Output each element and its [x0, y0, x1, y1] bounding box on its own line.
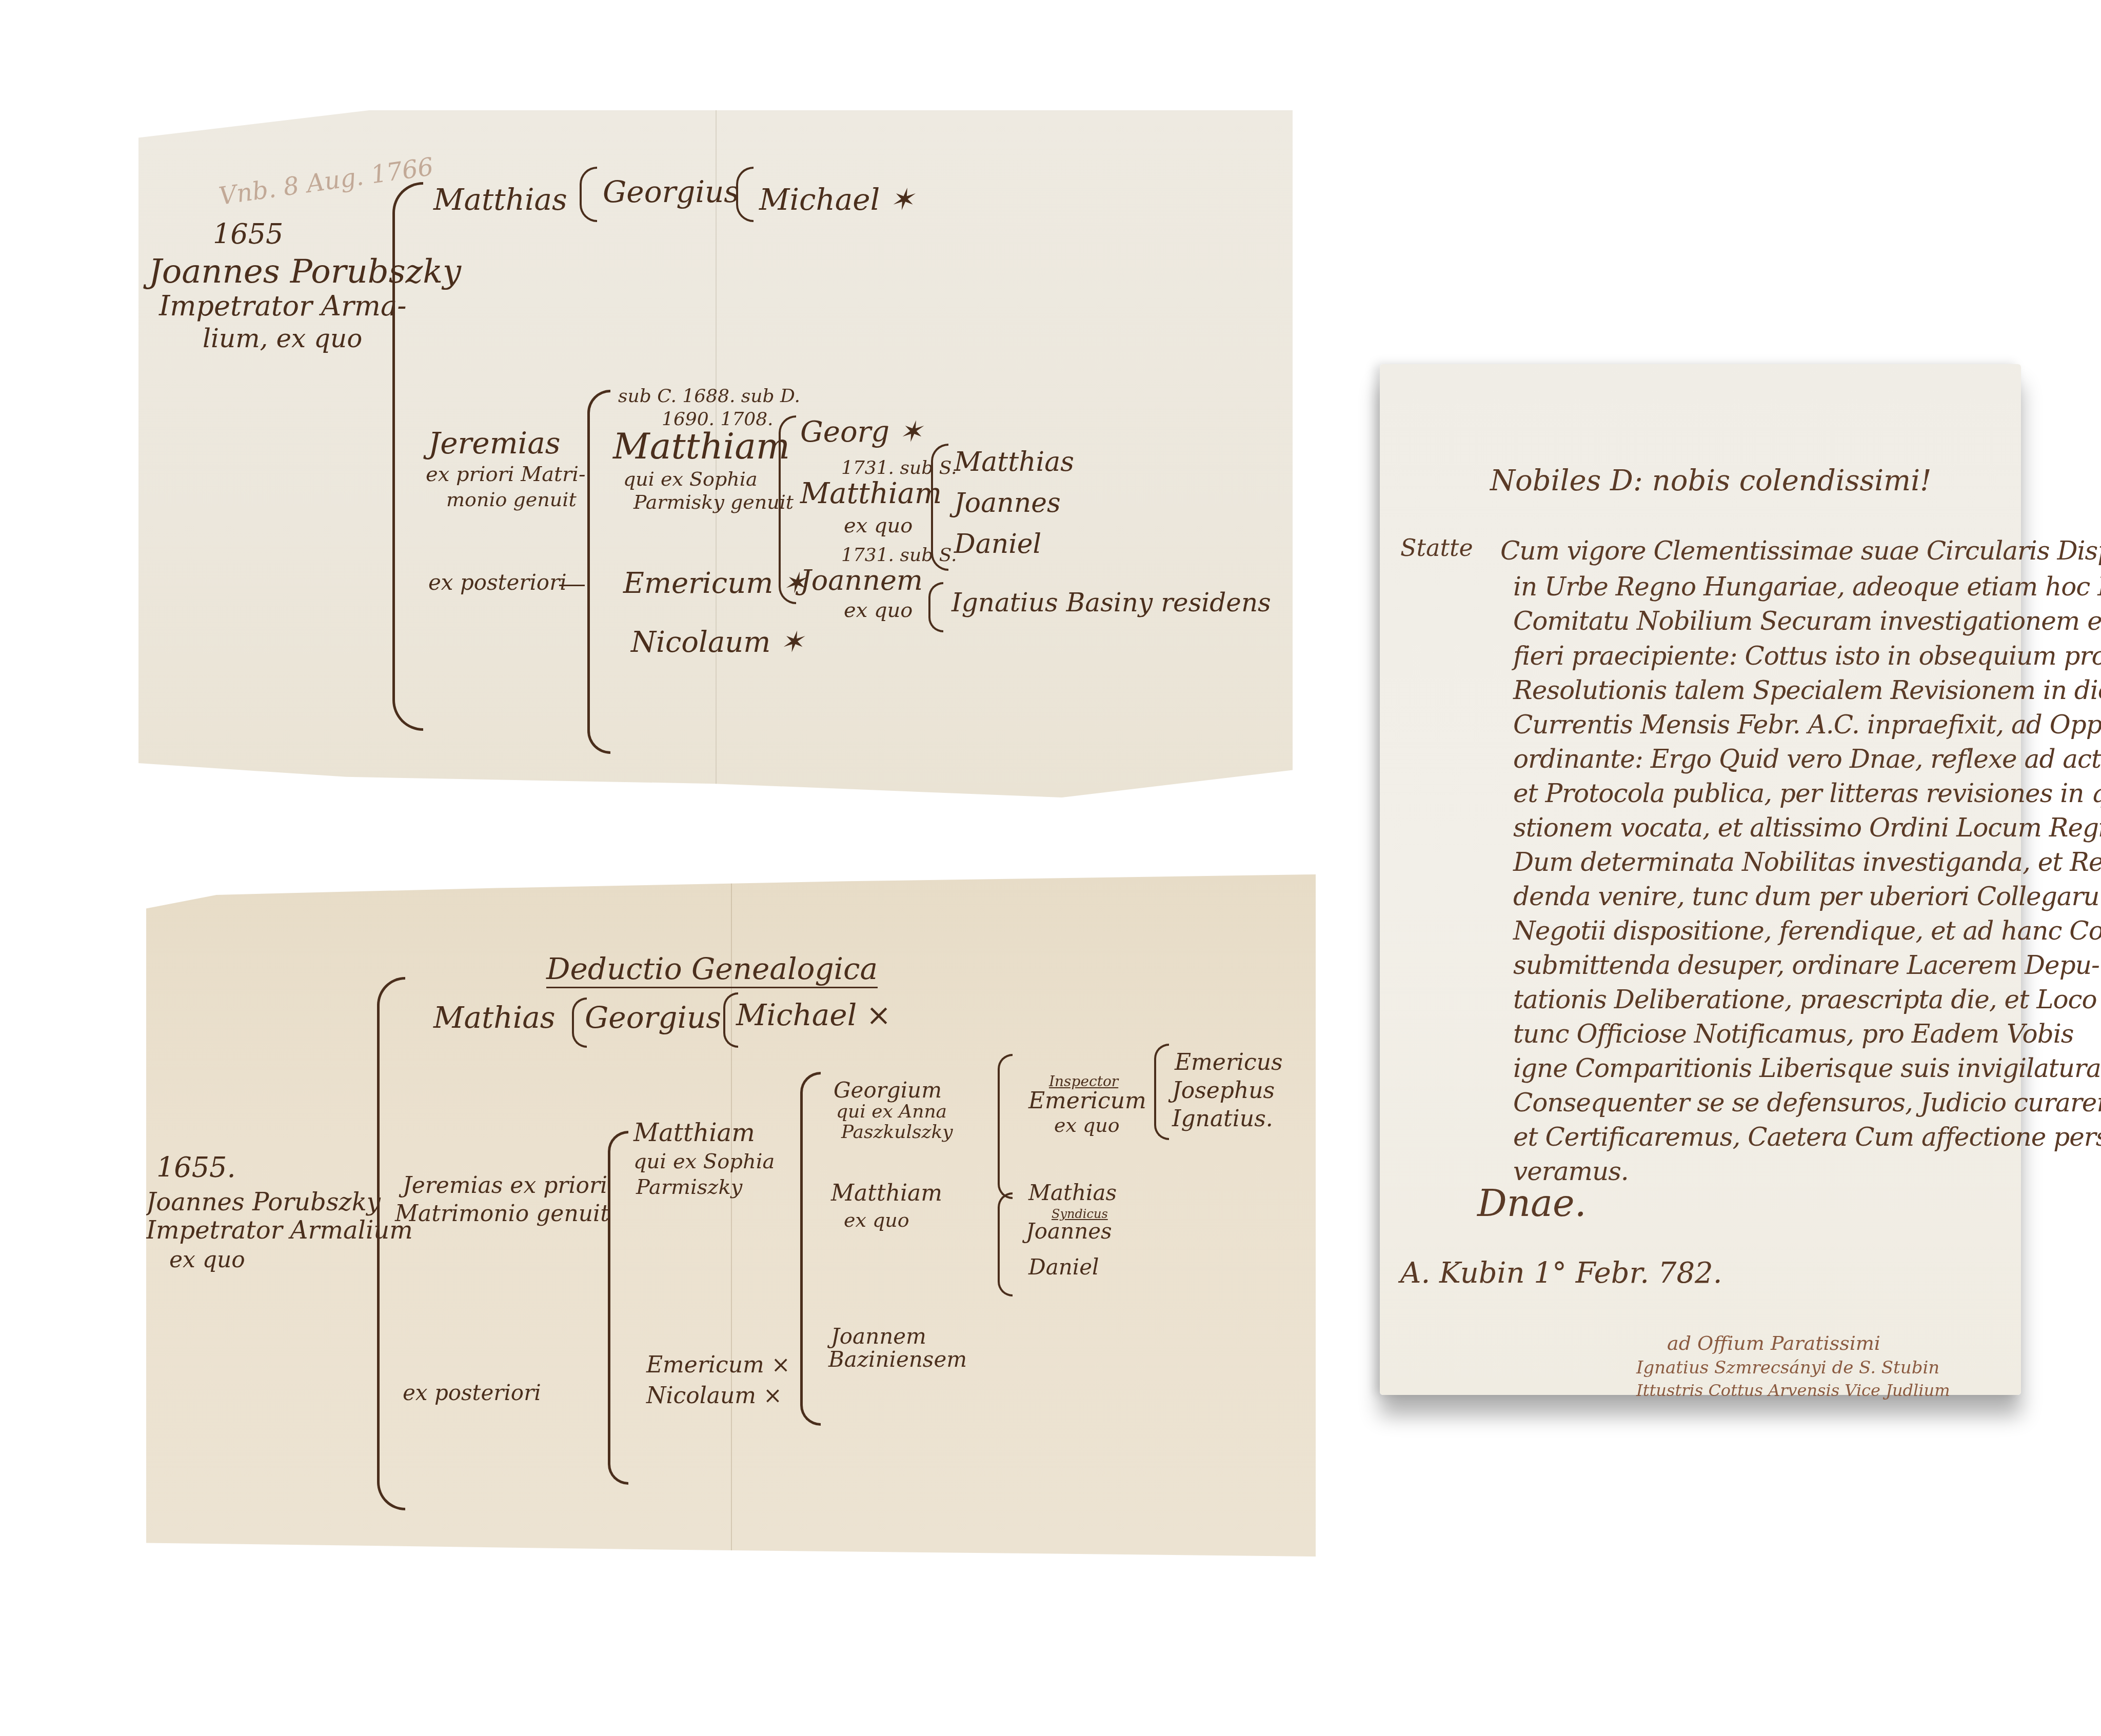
- signature-line: Ignatius Szmrecsányi de S. Stubin: [1636, 1359, 1939, 1376]
- gen4-matthias: Matthias: [954, 449, 1074, 475]
- body-line: fieri praecipiente: Cottus isto in obseq…: [1513, 641, 2101, 671]
- sheet-title: Deductio Genealogica: [546, 954, 878, 988]
- signature-line: Ittustris Cottus Arvensis Vice Judlium: [1636, 1382, 1950, 1399]
- gen3-georgium-1: Georgium: [834, 1080, 942, 1101]
- brace-generation-3: [779, 415, 796, 604]
- posteriori-child-2: Nicolaum ✶: [631, 628, 804, 657]
- branch-1-georgius: Georgius: [603, 177, 739, 207]
- letter-date: A. Kubin 1° Febr. 782.: [1400, 1259, 1722, 1288]
- body-line: Comitatu Nobilium Securam investigatione…: [1513, 606, 2101, 636]
- main-brace: [377, 977, 405, 1510]
- root-name-1: Joannes Porubszky: [146, 1190, 381, 1214]
- branch-1-matthias: Matthias: [433, 185, 567, 214]
- posteriori-child-1: Emericum ×: [646, 1354, 790, 1376]
- letter-margin-word: Statte: [1400, 536, 1473, 560]
- body-line: Negotii dispositione, ferendique, et ad …: [1513, 916, 2101, 946]
- gen4-ignatius: Ignatius Basiny residens: [952, 590, 1271, 615]
- body-line: ordinante: Ergo Quid vero Dnae, reflexe …: [1513, 744, 2101, 774]
- letter-closing: Dnae.: [1477, 1185, 1587, 1222]
- jeremias-posteriori: ex posteriori: [403, 1382, 541, 1404]
- matthiam-line3: Parmiszky: [636, 1177, 742, 1198]
- gen3-georg: Georg ✶: [800, 418, 923, 447]
- gen4-inspector: Inspector: [1049, 1074, 1118, 1089]
- gen3-matthiam-2: ex quo: [844, 1210, 909, 1230]
- body-line: Dum determinata Nobilitas investiganda, …: [1513, 847, 2101, 877]
- letter-salutation: Nobiles D: nobis colendissimi!: [1490, 467, 1932, 495]
- branch-1-michael: Michael ✶: [759, 185, 914, 214]
- posteriori-child-2: Nicolaum ×: [646, 1385, 782, 1407]
- matthias-2-dates-1: sub C. 1688. sub D.: [618, 387, 800, 406]
- root-year: 1655: [213, 221, 283, 248]
- gen4-joannes: Joannes: [954, 490, 1061, 516]
- gen3-joannem-ex: ex quo: [844, 600, 913, 621]
- gen3-georgium-2: qui ex Anna: [836, 1103, 947, 1121]
- brace-ignatius: [928, 582, 943, 632]
- root-name-3: ex quo: [169, 1249, 245, 1271]
- body-line: et Certificaremus, Caetera Cum affection…: [1513, 1122, 2101, 1152]
- body-line: submittenda desuper, ordinare Lacerem De…: [1513, 950, 2099, 980]
- gen4-daniel: Daniel: [1028, 1256, 1099, 1278]
- brace-matthias-2: [587, 390, 610, 754]
- gen5-emericus: Emericus: [1175, 1051, 1283, 1074]
- gen3-matthiam-ex: ex quo: [844, 515, 913, 536]
- genealogy-sheet-bottom: Deductio Genealogica 1655. Joannes Porub…: [146, 874, 1316, 1557]
- gen5-ignatius: Ignatius.: [1172, 1108, 1273, 1130]
- brace-matthiam: [608, 1131, 628, 1485]
- brace-generation-4a: [998, 1054, 1013, 1199]
- gen4-daniel: Daniel: [954, 531, 1041, 557]
- jeremias-line1: Jeremias ex priori: [403, 1174, 607, 1197]
- gen5-josephus: Josephus: [1172, 1080, 1275, 1102]
- brace-georgius: [580, 167, 597, 222]
- signature-line: ad Offium Paratissimi: [1667, 1333, 1880, 1353]
- brace-generation-3: [800, 1072, 821, 1426]
- jeremias-posteriori: ex posteriori: [428, 572, 567, 593]
- matthias-2-line3: Parmisky genuit: [633, 492, 794, 512]
- body-line: Cum vigore Clementissimae suae Circulari…: [1500, 536, 2101, 566]
- matthiam-line1: Matthiam: [633, 1121, 755, 1145]
- root-name-2: Impetrator Armalium: [146, 1218, 413, 1243]
- branch-1-michael: Michael ×: [736, 1000, 891, 1030]
- brace-generation-4: [931, 444, 948, 571]
- letter-sheet: Nobiles D: nobis colendissimi! Statte Cu…: [1380, 364, 2021, 1395]
- matthias-2-line2: qui ex Sophia: [623, 469, 758, 489]
- matthiam-line2: qui ex Sophia: [633, 1151, 775, 1172]
- gen4-emericum-ex: ex quo: [1054, 1115, 1120, 1135]
- root-year: 1655.: [156, 1154, 236, 1182]
- root-title-1: Impetrator Arma-: [159, 292, 406, 320]
- brace-generation-5: [1154, 1044, 1169, 1140]
- gen3-joannem-1: Joannem: [831, 1326, 926, 1347]
- gen4-joannes: Joannes: [1026, 1221, 1112, 1242]
- body-line: et Protocola publica, per litteras revis…: [1513, 779, 2101, 808]
- body-line: denda venire, tunc dum per uberiori Coll…: [1513, 882, 2101, 911]
- gen3-georgium-3: Paszkulszky: [841, 1123, 953, 1142]
- jeremias-name: Jeremias: [428, 428, 561, 458]
- body-line: Resolutionis talem Specialem Revisionem …: [1513, 675, 2101, 705]
- body-line: igne Comparitionis Liberisque suis invig…: [1513, 1053, 2101, 1083]
- gen3-joannem: Joannem: [800, 567, 923, 594]
- brace-michael: [736, 167, 754, 222]
- connector-line: [559, 585, 585, 586]
- jeremias-line2: Matrimonio genuit: [395, 1203, 609, 1225]
- gen3-joannem-2: Baziniensem: [828, 1349, 967, 1370]
- root-title-2: lium, ex quo: [203, 326, 362, 351]
- jeremias-line2: ex priori Matri-: [426, 464, 585, 485]
- body-line: Currentis Mensis Febr. A.C. inpraefixit,…: [1513, 710, 2101, 740]
- gen3-matthiam-1: Matthiam: [831, 1182, 942, 1205]
- gen4-mathias: Mathias: [1028, 1182, 1117, 1204]
- gen3-matthiam: Matthiam: [800, 480, 942, 508]
- jeremias-line3: monio genuit: [446, 490, 577, 509]
- body-line: tationis Deliberatione, praescripta die,…: [1513, 985, 2101, 1014]
- main-brace: [392, 182, 423, 731]
- genealogy-sheet-top: Vnb. 8 Aug. 1766 1655 Joannes Porubszky …: [138, 110, 1293, 797]
- body-line: Consequenter se se defensuros, Judicio c…: [1513, 1088, 2101, 1118]
- body-line: tunc Officiose Notificamus, pro Eadem Vo…: [1513, 1019, 2073, 1049]
- matthias-2-name: Matthiam: [613, 428, 790, 464]
- branch-1-mathias: Mathias: [433, 1003, 556, 1032]
- gen4-emericum: Emericum: [1028, 1090, 1146, 1112]
- body-line: stionem vocata, et altissimo Ordini Locu…: [1513, 813, 2101, 843]
- body-line: in Urbe Regno Hungariae, adeoque etiam h…: [1513, 572, 2101, 602]
- branch-1-georgius: Georgius: [585, 1003, 721, 1032]
- brace-generation-4b: [998, 1192, 1013, 1296]
